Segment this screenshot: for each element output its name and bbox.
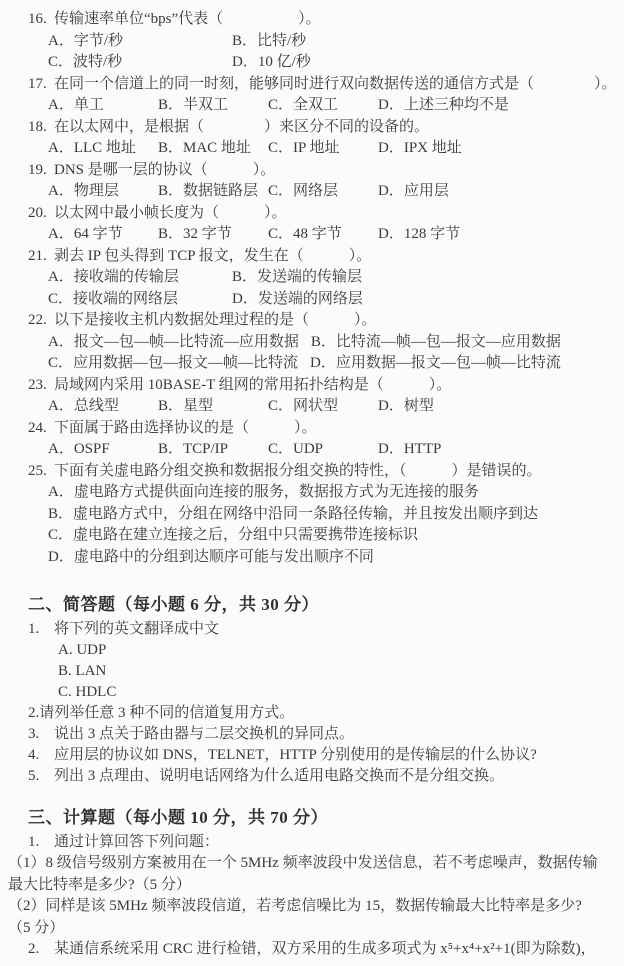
option-row: A．接收端的传输层B．发送端的传输层 (28, 267, 610, 289)
question-text: 剥去 IP 包头得到 TCP 报文，发生在（ ）。 (54, 248, 371, 264)
short-answer-item: 4.应用层的协议如 DNS，TELNET，HTTP 分别使用的是传输层的什么协议… (28, 745, 610, 766)
item-number: 3. (28, 724, 45, 745)
option: C．波特/秒 (48, 52, 220, 74)
option: D．10 亿/秒 (232, 52, 311, 74)
calc-section: 三、计算题（每小题 10 分，共 70 分） 1.通过计算回答下列问题：（1）8… (28, 806, 610, 960)
question-text: 局域网内采用 10BASE-T 组网的常用拓扑结构是（ ）。 (54, 377, 451, 393)
short-answer-item: 5.列出 3 点理由、说明电话网络为什么适用电路交换而不是分组交换。 (28, 766, 610, 787)
question-number: 22. (28, 310, 50, 332)
question-line: 17.在同一个信道上的同一时刻，能够同时进行双向数据传送的通信方式是（ ）。 (28, 74, 610, 96)
question-text: 下面属于路由选择协议的是（ ）。 (54, 420, 317, 436)
question-block: 21.剥去 IP 包头得到 TCP 报文，发生在（ ）。A．接收端的传输层B．发… (28, 246, 610, 311)
option: A．总线型 (48, 396, 148, 418)
sub-item: B. LAN (28, 661, 610, 682)
option: A．LLC 地址 (48, 138, 148, 160)
option-row: C．应用数据—包—报文—帧—比特流D．应用数据—报文—包—帧—比特流 (28, 353, 610, 375)
question-line: 18.在以太网中，是根据（ ）来区分不同的设备的。 (28, 117, 610, 139)
question-number: 23. (28, 375, 50, 397)
option-row: A．总线型B．星型C．网状型D．树型 (28, 396, 610, 418)
option: B．比特流—帧—包—报文—应用数据 (311, 332, 561, 354)
question-text: 在以太网中，是根据（ ）来区分不同的设备的。 (54, 119, 429, 135)
option: A．虚电路方式提供面向连接的服务，数据报方式为无连接的服务 (48, 482, 479, 504)
option-row: A．64 字节B．32 字节C．48 字节D．128 字节 (28, 224, 610, 246)
item-text: 某通信系统采用 CRC 进行检错，双方采用的生成多项式为 x⁵+x⁴+x²+1(… (54, 941, 596, 957)
question-text: 下面有关虚电路分组交换和数据报分组交换的特性，（ ）是错误的。 (54, 463, 542, 479)
calc-sub-part: （2）同样是该 5MHz 频率波段信道，若考虑信噪比为 15，数据传输最大比特率… (8, 896, 610, 939)
option-row: A．物理层B．数据链路层C．网络层D．应用层 (28, 181, 610, 203)
option: A．64 字节 (48, 224, 148, 246)
option: B．TCP/IP (158, 439, 258, 461)
question-line: 16.传输速率单位“bps”代表（ ）。 (28, 9, 610, 31)
question-text: 以太网中最小帧长度为（ ）。 (54, 205, 287, 221)
question-line: 23.局域网内采用 10BASE-T 组网的常用拓扑结构是（ ）。 (28, 375, 610, 397)
question-line: 19.DNS 是哪一层的协议（ ）。 (28, 160, 610, 182)
option-row: A．虚电路方式提供面向连接的服务，数据报方式为无连接的服务 (28, 482, 610, 504)
question-block: 20.以太网中最小帧长度为（ ）。A．64 字节B．32 字节C．48 字节D．… (28, 203, 610, 246)
question-number: 16. (28, 9, 50, 31)
mcq-section: 16.传输速率单位“bps”代表（ ）。A．字节/秒B．比特/秒C．波特/秒D．… (28, 9, 610, 568)
item-text: 将下列的英文翻译成中文 (54, 621, 219, 637)
option: C．应用数据—包—报文—帧—比特流 (48, 353, 298, 375)
option-row: A．OSPFB．TCP/IPC．UDPD．HTTP (28, 439, 610, 461)
exam-page: 16.传输速率单位“bps”代表（ ）。A．字节/秒B．比特/秒C．波特/秒D．… (0, 0, 624, 966)
option: C．虚电路在建立连接之后，分组中只需要携带连接标识 (48, 525, 418, 547)
question-block: 18.在以太网中，是根据（ ）来区分不同的设备的。A．LLC 地址B．MAC 地… (28, 117, 610, 160)
short-answer-item: 2.请列举任意 3 种不同的信道复用方式。 (28, 703, 610, 724)
question-block: 17.在同一个信道上的同一时刻，能够同时进行双向数据传送的通信方式是（ ）。A．… (28, 74, 610, 117)
item-text: 通过计算回答下列问题： (54, 834, 219, 850)
question-block: 24.下面属于路由选择协议的是（ ）。A．OSPFB．TCP/IPC．UDPD．… (28, 418, 610, 461)
option: A．接收端的传输层 (48, 267, 220, 289)
option: A．OSPF (48, 439, 148, 461)
option: B．比特/秒 (232, 31, 306, 53)
item-text: 应用层的协议如 DNS，TELNET，HTTP 分别使用的是传输层的什么协议? (54, 747, 537, 763)
option: A．物理层 (48, 181, 148, 203)
item-text: 说出 3 点关于路由器与二层交换机的异同点。 (54, 726, 354, 742)
sub-item: A. UDP (28, 640, 610, 661)
option: B．MAC 地址 (158, 138, 258, 160)
option: D．发送端的网络层 (232, 289, 363, 311)
option: C．全双工 (268, 95, 368, 117)
option-row: C．接收端的网络层D．发送端的网络层 (28, 289, 610, 311)
calc-items: 1.通过计算回答下列问题：（1）8 级信号级别方案被用在一个 5MHz 频率波段… (28, 832, 610, 960)
option: A．单工 (48, 95, 148, 117)
option-row: A．报文—包—帧—比特流—应用数据B．比特流—帧—包—报文—应用数据 (28, 332, 610, 354)
option: D．虚电路中的分组到达顺序可能与发出顺序不同 (48, 547, 374, 569)
short-answer-item: 3.说出 3 点关于路由器与二层交换机的异同点。 (28, 724, 610, 745)
item-number: 4. (28, 745, 45, 766)
short-answer-section: 二、简答题（每小题 6 分，共 30 分） 1.将下列的英文翻译成中文A. UD… (28, 593, 610, 787)
option: D．128 字节 (378, 224, 460, 246)
question-line: 21.剥去 IP 包头得到 TCP 报文，发生在（ ）。 (28, 246, 610, 268)
option: B．半双工 (158, 95, 258, 117)
question-text: 传输速率单位“bps”代表（ ）。 (54, 11, 321, 27)
question-text: 以下是接收主机内数据处理过程的是（ ）。 (54, 312, 377, 328)
item-text: 2.请列举任意 3 种不同的信道复用方式。 (28, 705, 294, 721)
item-number: 1. (28, 619, 45, 640)
option: A．字节/秒 (48, 31, 220, 53)
option: C．UDP (268, 439, 368, 461)
calc-item: 2.某通信系统采用 CRC 进行检错，双方采用的生成多项式为 x⁵+x⁴+x²+… (28, 939, 610, 960)
option: D．IPX 地址 (378, 138, 462, 160)
calc-heading: 三、计算题（每小题 10 分，共 70 分） (28, 806, 610, 830)
option: C．网络层 (268, 181, 368, 203)
option: B．32 字节 (158, 224, 258, 246)
short-answer-item: 1.将下列的英文翻译成中文 (28, 619, 610, 640)
item-text: 列出 3 点理由、说明电话网络为什么适用电路交换而不是分组交换。 (54, 768, 504, 784)
option-row: C．波特/秒D．10 亿/秒 (28, 52, 610, 74)
option-row: C．虚电路在建立连接之后，分组中只需要携带连接标识 (28, 525, 610, 547)
option: C．接收端的网络层 (48, 289, 220, 311)
sub-item: C. HDLC (28, 682, 610, 703)
question-line: 20.以太网中最小帧长度为（ ）。 (28, 203, 610, 225)
option-row: B．虚电路方式中，分组在网络中沿同一条路径传输，并且按发出顺序到达 (28, 504, 610, 526)
option: B．数据链路层 (158, 181, 258, 203)
question-number: 19. (28, 160, 50, 182)
question-number: 24. (28, 418, 50, 440)
option: C．IP 地址 (268, 138, 368, 160)
option: D．应用数据—报文—包—帧—比特流 (310, 353, 561, 375)
question-line: 24.下面属于路由选择协议的是（ ）。 (28, 418, 610, 440)
question-block: 22.以下是接收主机内数据处理过程的是（ ）。A．报文—包—帧—比特流—应用数据… (28, 310, 610, 375)
option: C．48 字节 (268, 224, 368, 246)
option: A．报文—包—帧—比特流—应用数据 (48, 332, 299, 354)
question-text: 在同一个信道上的同一时刻，能够同时进行双向数据传送的通信方式是（ ）。 (54, 76, 617, 92)
question-block: 25.下面有关虚电路分组交换和数据报分组交换的特性，（ ）是错误的。A．虚电路方… (28, 461, 610, 569)
question-text: DNS 是哪一层的协议（ ）。 (54, 162, 275, 178)
item-number: 2. (28, 939, 45, 960)
question-line: 25.下面有关虚电路分组交换和数据报分组交换的特性，（ ）是错误的。 (28, 461, 610, 483)
option: B．虚电路方式中，分组在网络中沿同一条路径传输，并且按发出顺序到达 (48, 504, 538, 526)
option: B．星型 (158, 396, 258, 418)
item-number: 1. (28, 832, 45, 853)
calc-item: 1.通过计算回答下列问题： (28, 832, 610, 853)
option: B．发送端的传输层 (232, 267, 362, 289)
option: D．应用层 (378, 181, 449, 203)
option: D．树型 (378, 396, 434, 418)
question-line: 22.以下是接收主机内数据处理过程的是（ ）。 (28, 310, 610, 332)
option-row: D．虚电路中的分组到达顺序可能与发出顺序不同 (28, 547, 610, 569)
question-block: 23.局域网内采用 10BASE-T 组网的常用拓扑结构是（ ）。A．总线型B．… (28, 375, 610, 418)
question-number: 21. (28, 246, 50, 268)
calc-sub-part: （1）8 级信号级别方案被用在一个 5MHz 频率波段中发送信息，若不考虑噪声，… (8, 853, 610, 896)
question-block: 16.传输速率单位“bps”代表（ ）。A．字节/秒B．比特/秒C．波特/秒D．… (28, 9, 610, 74)
option: D．上述三种均不是 (378, 95, 509, 117)
option-row: A．单工B．半双工C．全双工D．上述三种均不是 (28, 95, 610, 117)
option: C．网状型 (268, 396, 368, 418)
question-number: 17. (28, 74, 50, 96)
option-row: A．LLC 地址B．MAC 地址C．IP 地址D．IPX 地址 (28, 138, 610, 160)
question-number: 18. (28, 117, 50, 139)
option: D．HTTP (378, 439, 441, 461)
question-block: 19.DNS 是哪一层的协议（ ）。A．物理层B．数据链路层C．网络层D．应用层 (28, 160, 610, 203)
question-number: 25. (28, 461, 50, 483)
question-number: 20. (28, 203, 50, 225)
item-number: 5. (28, 766, 45, 787)
short-answer-heading: 二、简答题（每小题 6 分，共 30 分） (28, 593, 610, 617)
short-answer-items: 1.将下列的英文翻译成中文A. UDPB. LANC. HDLC2.请列举任意 … (28, 619, 610, 787)
option-row: A．字节/秒B．比特/秒 (28, 31, 610, 53)
